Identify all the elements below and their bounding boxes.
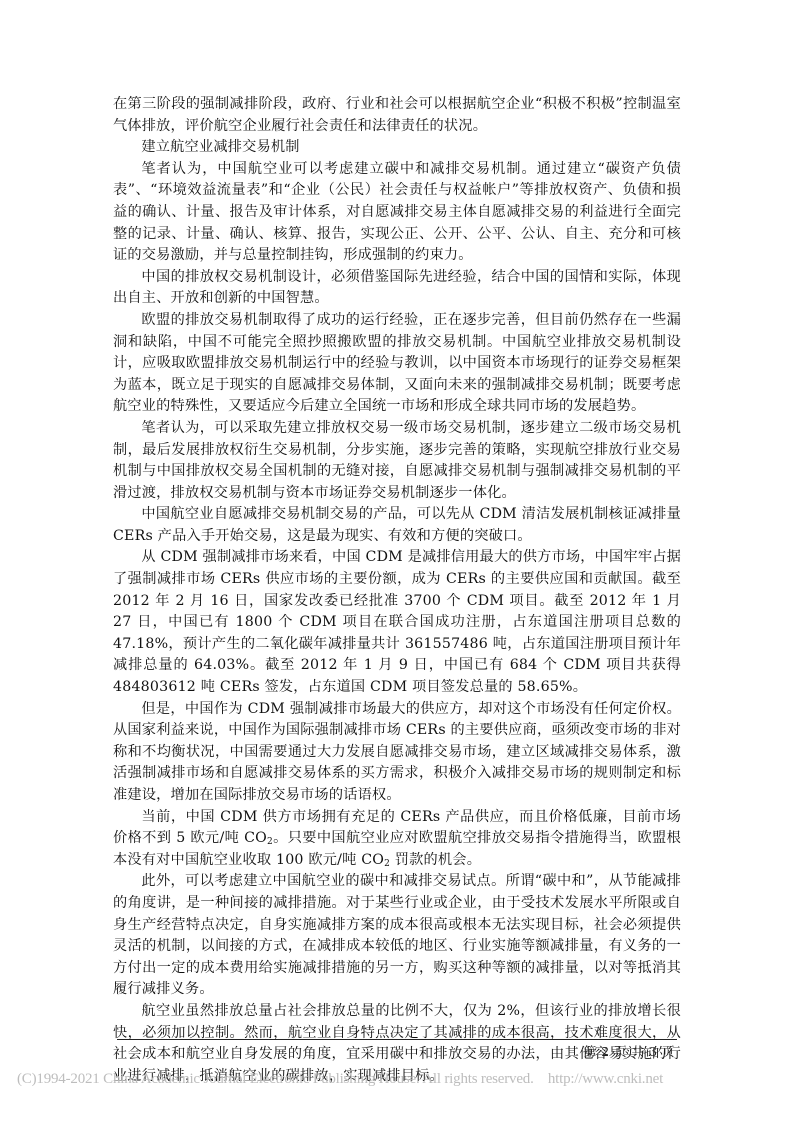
copyright-notice: (C)1994-2021 China Academic Journal Elec… (17, 1071, 663, 1088)
section-heading: 建立航空业减排交易机制 (113, 137, 681, 159)
paragraph: 中国的排放权交易机制设计，必须借鉴国际先进经验，结合中国的国情和实际，体现出自主… (113, 267, 681, 310)
paragraph: 此外，可以考虑建立中国航空业的碳中和减排交易试点。所谓“碳中和”，从节能减排的角… (113, 871, 681, 1001)
paragraph: 欧盟的排放交易机制取得了成功的运行经验，正在逐步完善，但目前仍然存在一些漏洞和缺… (113, 310, 681, 418)
paragraph: 但是，中国作为 CDM 强制减排市场最大的供应方，却对这个市场没有任何定价权。从… (113, 699, 681, 807)
footer-divider (117, 1039, 677, 1040)
paragraph: 笔者认为，可以采取先建立排放权交易一级市场交易机制，逐步建立二级市场交易机制，最… (113, 418, 681, 504)
paragraph: 笔者认为，中国航空业可以考虑建立碳中和减排交易机制。通过建立“碳资产负债表”、“… (113, 159, 681, 267)
page-number: 第 2 页 共 3 页 (584, 1042, 675, 1060)
text-segment: 罚款的机会。 (390, 852, 481, 868)
paragraph: 从 CDM 强制减排市场来看，中国 CDM 是减排信用最大的供方市场，中国牢牢占… (113, 547, 681, 698)
paragraph: 中国航空业自愿减排交易机制交易的产品，可以先从 CDM 清洁发展机制核证减排量 … (113, 504, 681, 547)
paragraph-co2-price: 当前，中国 CDM 供方市场拥有充足的 CERs 产品供应，而且价格低廉，目前市… (113, 807, 681, 872)
paragraph-continuation: 在第三阶段的强制减排阶段，政府、行业和社会可以根据航空企业“积极不积极”控制温室… (113, 94, 681, 137)
document-body: 在第三阶段的强制减排阶段，政府、行业和社会可以根据航空企业“积极不积极”控制温室… (113, 94, 681, 1087)
